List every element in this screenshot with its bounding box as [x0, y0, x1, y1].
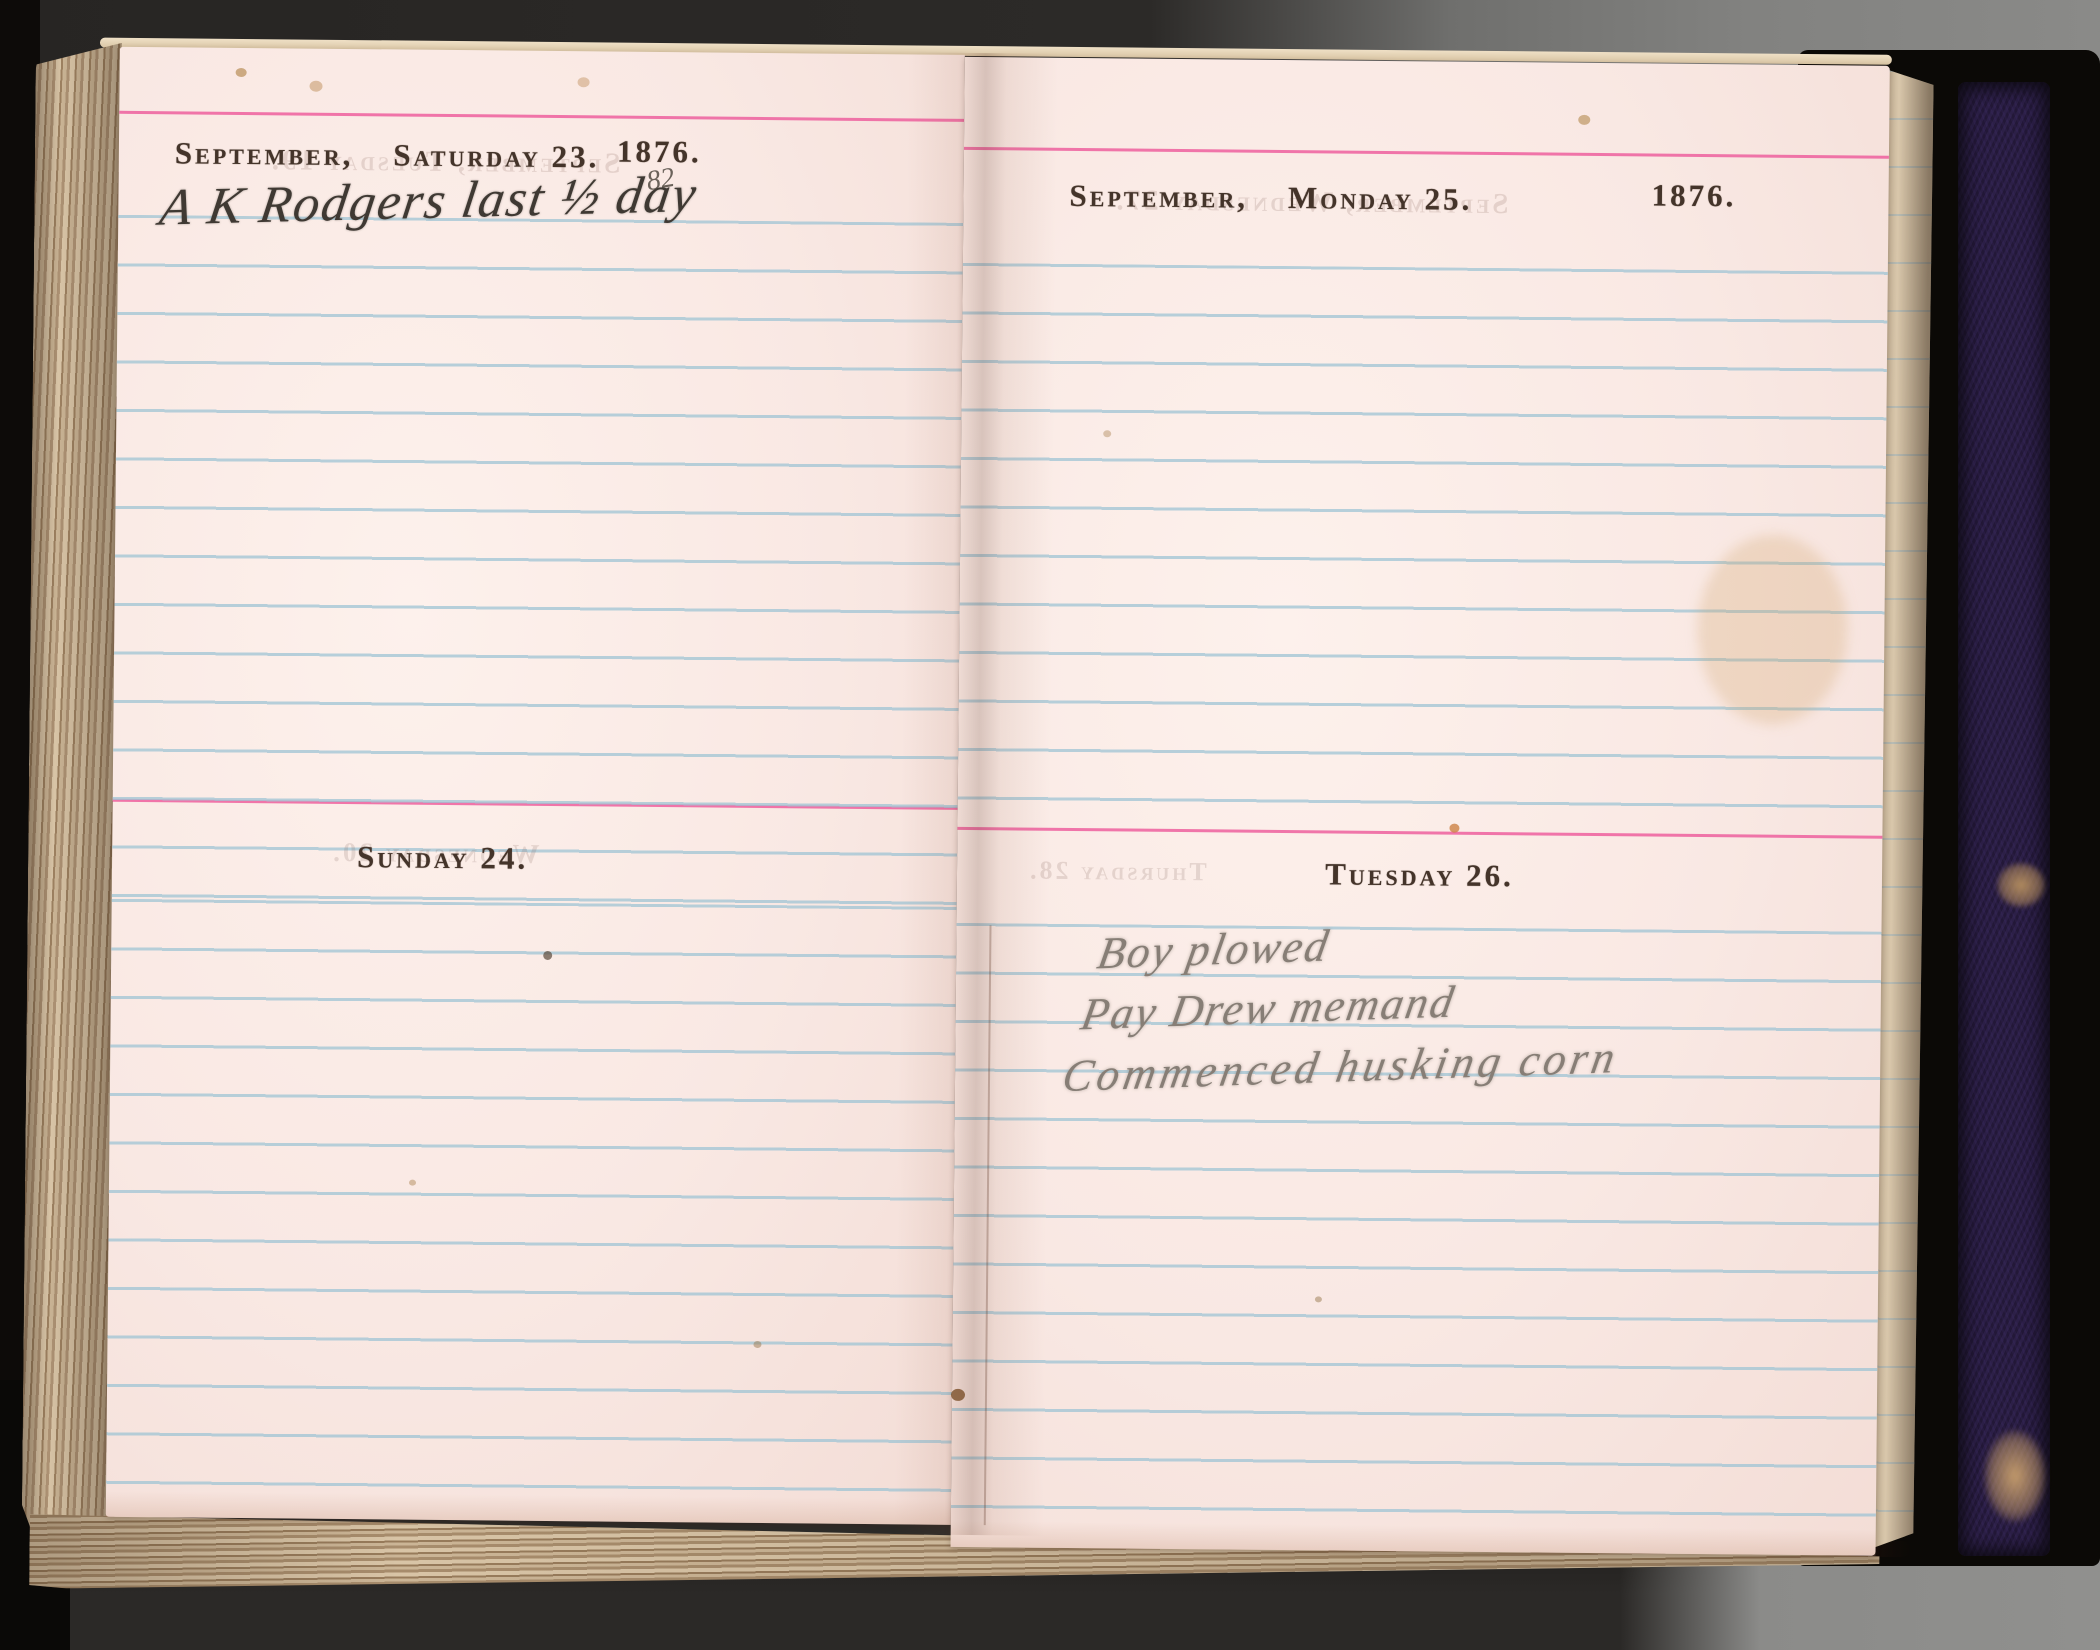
- mid-date-header-right: Tuesday 26.: [957, 853, 1882, 898]
- foxing-spot: [1449, 824, 1459, 833]
- blue-rules-left-upper: [112, 215, 964, 929]
- month-label: September,: [175, 135, 354, 173]
- foxing-spot: [1103, 430, 1111, 437]
- ribbon-fragment: [1996, 862, 2046, 908]
- ribbon-fragment: [1984, 1430, 2046, 1522]
- foxing-spot: [309, 81, 322, 92]
- scanned-diary-photo: September, Tuesday 19. September, Saturd…: [0, 0, 2100, 1650]
- purple-cloth-spine: [1958, 82, 2050, 1556]
- foxing-spot: [578, 77, 590, 87]
- pink-rule-mid-right: [957, 827, 1882, 839]
- gutter-debris-speck: [951, 1389, 965, 1401]
- open-diary-book: September, Tuesday 19. September, Saturd…: [21, 36, 1936, 1614]
- right-page: September, Wednesday 27. September, Mond…: [951, 57, 1890, 1556]
- month-label: September,: [1069, 178, 1248, 216]
- left-page: September, Tuesday 19. September, Saturd…: [106, 47, 965, 1525]
- foxing-spot: [236, 68, 247, 77]
- foxing-spot: [409, 1180, 416, 1186]
- ink-smudge-dot: [543, 951, 552, 960]
- handwritten-entry-pencil-line1: Boy plowed: [1094, 919, 1334, 979]
- pink-rule-top-left: [119, 111, 964, 122]
- gutter-shadow: [894, 52, 1058, 1535]
- right-page-date-header: September, Monday 25.: [1069, 178, 1472, 218]
- foxing-spot: [1578, 115, 1590, 125]
- foxing-spot: [753, 1341, 761, 1348]
- year-label: 1876.: [1651, 178, 1736, 215]
- day-label: Monday 25.: [1288, 180, 1473, 218]
- blue-rules-left-lower: [106, 899, 957, 1499]
- foxing-spot: [1315, 1296, 1322, 1302]
- pink-rule-top-right: [964, 147, 1889, 159]
